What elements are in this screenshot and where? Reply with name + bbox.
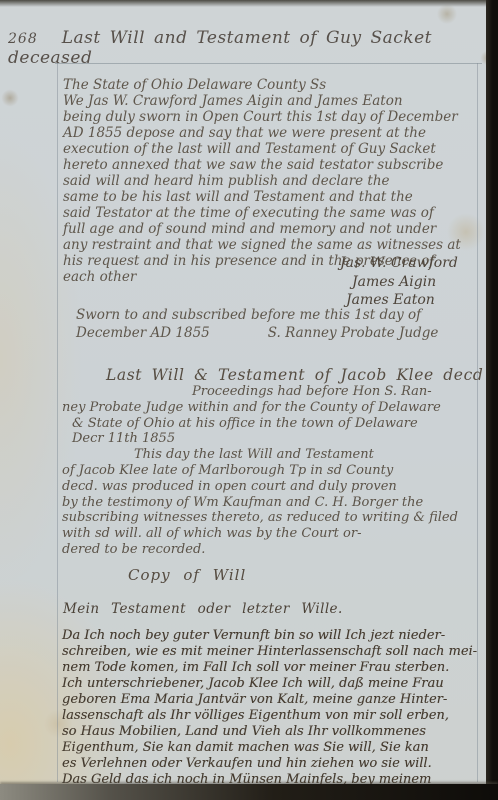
text-line: decd. was produced in open court and dul… <box>62 479 474 495</box>
text-line: so Haus Mobilien, Land und Vieh als Ihr … <box>62 724 476 740</box>
text-line: AD 1855 depose and say that we were pres… <box>63 125 463 141</box>
page-title: Last Will and Testament of Guy Sacket de… <box>8 28 432 68</box>
text-line: schreiben, wie es mit meiner Hinterlasse… <box>62 644 476 660</box>
copy-of-will-heading: Copy of Will <box>128 566 246 584</box>
text-line: Proceedings had before Hon S. Ran- <box>62 384 474 400</box>
margin-line-left <box>57 63 58 782</box>
text-line: Ich unterschriebener, Jacob Klee Ich wil… <box>62 676 476 692</box>
signature-line: Jas. W. Crawford <box>340 254 458 273</box>
probate-judge-signature: S. Ranney Probate Judge <box>268 325 439 341</box>
sworn-statement: Sworn to and subscribed before me this 1… <box>76 307 438 342</box>
text-line: es Verlehnen oder Verkaufen und hin zieh… <box>62 756 476 772</box>
text-line: execution of the last will and Testament… <box>63 141 463 157</box>
text-line: nem Tode komen, im Fall Ich soll vor mei… <box>62 660 476 676</box>
text-line: said will and heard him publish and decl… <box>63 173 463 189</box>
text-line: by the testimony of Wm Kaufman and C. H.… <box>62 495 474 511</box>
text-line: We Jas W. Crawford James Aigin and James… <box>63 93 463 109</box>
german-will-text: Da Ich noch bey guter Vernunft bin so wi… <box>62 628 476 788</box>
proceedings-paragraph: Proceedings had before Hon S. Ran- ney P… <box>62 384 474 558</box>
text-line: ney Probate Judge within and for the Cou… <box>62 400 474 416</box>
german-will-title: Mein Testament oder letzter Wille. <box>63 601 343 617</box>
text-line: full age and of sound mind and memory an… <box>63 221 463 237</box>
photo-edge-bottom <box>0 784 498 800</box>
photo-edge-top <box>0 0 498 7</box>
text-line: hereto annexed that we saw the said test… <box>63 157 463 173</box>
page-number: 268 <box>8 31 38 47</box>
margin-line-right <box>477 63 478 782</box>
text-line: same to be his last will and Testament a… <box>63 189 463 205</box>
scanned-record-book-page: 268Last Will and Testament of Guy Sacket… <box>0 0 498 800</box>
text-line: This day the last Will and Testament <box>62 447 474 463</box>
text-line: lassenschaft als Ihr völliges Eigenthum … <box>62 708 476 724</box>
page-header: 268Last Will and Testament of Guy Sacket… <box>8 28 478 68</box>
sworn-date: December AD 1855 <box>76 325 210 341</box>
text-line: Decr 11th 1855 <box>62 431 474 447</box>
text-line: of Jacob Klee late of Marlborough Tp in … <box>62 463 474 479</box>
text-line: said Testator at the time of executing t… <box>63 205 463 221</box>
text-line: Da Ich noch bey guter Vernunft bin so wi… <box>62 628 476 644</box>
photo-edge-right <box>486 0 498 800</box>
text-line: any restraint and that we signed the sam… <box>63 237 463 253</box>
text-line: subscribing witnesses thereto, as reduce… <box>62 510 474 526</box>
text-line: being duly sworn in Open Court this 1st … <box>63 109 463 125</box>
text-line: with sd will. all of which was by the Co… <box>62 526 474 542</box>
witness-signatures: Jas. W. Crawford James Aigin James Eaton <box>340 254 458 310</box>
text-line: The State of Ohio Delaware County Ss <box>63 77 463 93</box>
klee-section-heading: Last Will & Testament of Jacob Klee decd <box>106 366 483 384</box>
text-line: geboren Ema Maria Jantvär von Kalt, mein… <box>62 692 476 708</box>
text-line: December AD 1855S. Ranney Probate Judge <box>76 325 438 343</box>
text-line: dered to be recorded. <box>62 542 474 558</box>
signature-line: James Aigin <box>352 273 458 292</box>
text-line: Sworn to and subscribed before me this 1… <box>76 307 438 325</box>
text-line: Eigenthum, Sie kan damit machen was Sie … <box>62 740 476 756</box>
text-line: & State of Ohio at his office in the tow… <box>62 416 474 432</box>
